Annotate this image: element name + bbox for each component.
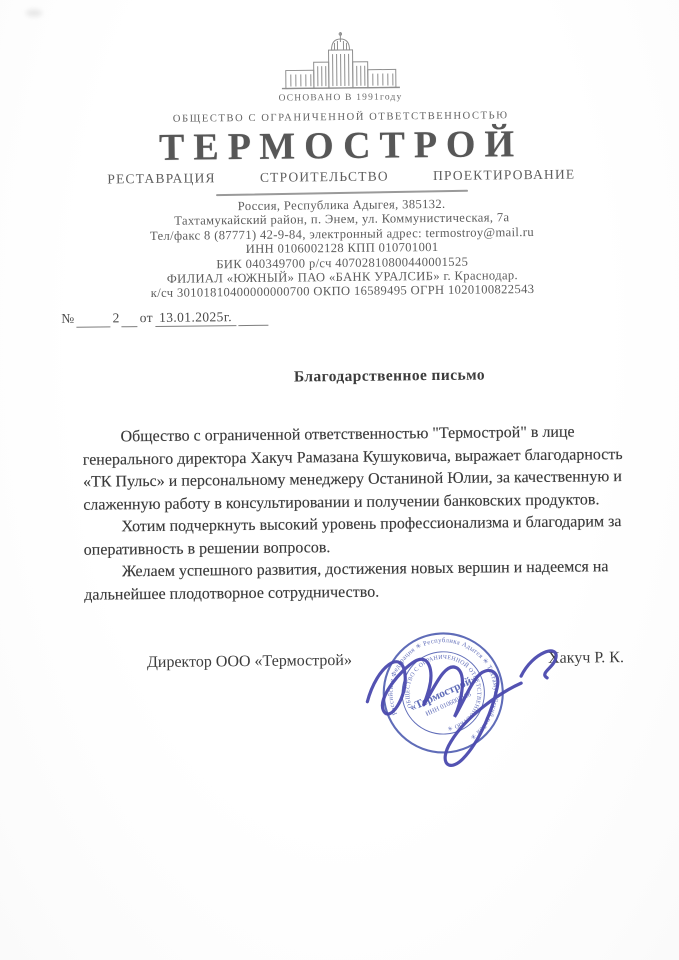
number-label: № [61, 311, 74, 326]
blank-underline [238, 313, 268, 326]
letter-date: 13.01.2025г. [155, 309, 236, 327]
from-label: от [140, 310, 153, 325]
letter-content: ОСНОВАНО В 1991году ОБЩЕСТВО С ОГРАНИЧЕН… [0, 0, 679, 960]
activity-design: ПРОЕКТИРОВАНИЕ [433, 167, 575, 184]
header-divider [216, 190, 468, 196]
company-name: ТЕРМОСТРОЙ [1, 120, 679, 171]
letter-number: 2 [113, 310, 120, 325]
paragraph: Хотим подчеркнуть высокий уровень профес… [83, 511, 645, 562]
paragraph: Общество с ограниченной ответственностью… [82, 421, 645, 517]
handwritten-signature [348, 611, 586, 771]
letter-body: Общество с ограниченной ответственностью… [82, 421, 646, 607]
letterhead: ОСНОВАНО В 1991году ОБЩЕСТВО С ОГРАНИЧЕН… [0, 26, 679, 302]
reference-line: №2от13.01.2025г. [61, 309, 268, 328]
capitol-building-icon [277, 29, 404, 92]
blank-underline [77, 314, 111, 327]
activity-construction: СТРОИТЕЛЬСТВО [260, 168, 389, 185]
paragraph: Желаем успешного развития, достижения но… [84, 556, 646, 607]
letter-title: Благодарственное письмо [50, 364, 679, 389]
director-label: Директор ООО «Термострой» [147, 652, 352, 672]
blank-underline [122, 314, 138, 327]
activity-restoration: РЕСТАВРАЦИЯ [107, 170, 215, 187]
scanned-letter-page: ОСНОВАНО В 1991году ОБЩЕСТВО С ОГРАНИЧЕН… [0, 0, 679, 960]
founded-label: ОСНОВАНО В 1991году [1, 89, 679, 106]
